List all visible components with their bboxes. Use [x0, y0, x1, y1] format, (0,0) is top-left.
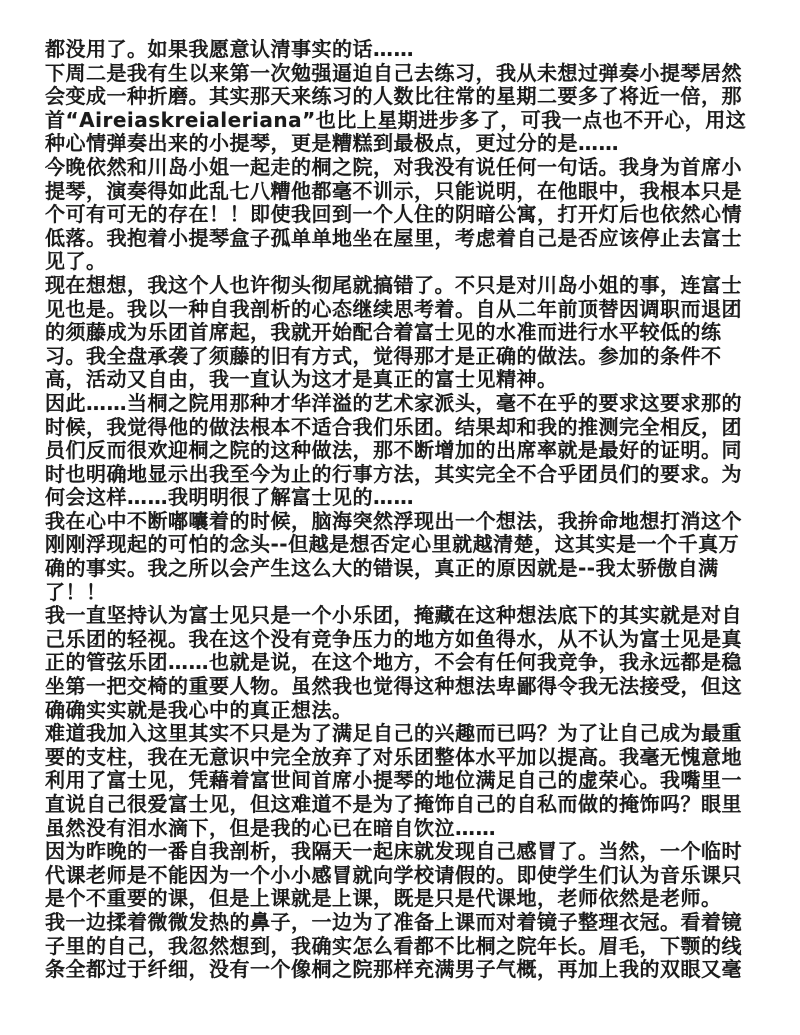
text-line: 要的支柱，我在无意识中完全放弃了对乐团整体水平加以提高。我毫无愧意地	[45, 746, 764, 770]
text-line: 正的管弦乐团……也就是说，在这个地方，不会有任何我竞争，我永远都是稳	[45, 651, 764, 675]
novel-text-page: 都没用了。如果我愿意认清事实的话……下周二是我有生以来第一次勉强逼迫自己去练习，…	[0, 0, 800, 1035]
text-line: 直说自己很爱富士见，但这难道不是为了掩饰自己的自私而做的掩饰吗？眼里	[45, 793, 764, 817]
text-line: 我在心中不断嘟囔着的时候，脑海突然浮现出一个想法，我拚命地想打消这个	[45, 510, 764, 534]
text-line: 因为昨晚的一番自我剖析，我隔天一起床就发现自己感冒了。当然，一个临时	[45, 840, 764, 864]
text-line: 现在想想，我这个人也许彻头彻尾就搞错了。不只是对川岛小姐的事，连富士	[45, 274, 764, 298]
text-line: 都没用了。如果我愿意认清事实的话……	[45, 38, 764, 62]
text-line: 员们反而很欢迎桐之院的这种做法，那不断增加的出席率就是最好的证明。同	[45, 439, 764, 463]
text-line: 何会这样……我明明很了解富士见的……	[45, 486, 764, 510]
text-line: 会变成一种折磨。其实那天来练习的人数比往常的星期二要多了将近一倍，那	[45, 85, 764, 109]
text-block: 都没用了。如果我愿意认清事实的话……下周二是我有生以来第一次勉强逼迫自己去练习，…	[45, 38, 764, 982]
text-line: 见了。	[45, 250, 764, 274]
text-line: 难道我加入这里其实不只是为了满足自己的兴趣而已吗？为了让自己成为最重	[45, 722, 764, 746]
text-line: 我一边揉着微微发热的鼻子，一边为了准备上课而对着镜子整理衣冠。看着镜	[45, 911, 764, 935]
text-line: 下周二是我有生以来第一次勉强逼迫自己去练习，我从未想过弹奏小提琴居然	[45, 62, 764, 86]
text-line: 我一直坚持认为富士见只是一个小乐团，掩藏在这种想法底下的其实就是对自	[45, 604, 764, 628]
text-line: 的须藤成为乐团首席起，我就开始配合着富士见的水准而进行水平较低的练	[45, 321, 764, 345]
text-line: 时也明确地显示出我至今为止的行事方法，其实完全不合乎团员们的要求。为	[45, 463, 764, 487]
text-line: 确确实实就是我心中的真正想法。	[45, 699, 764, 723]
text-line: 了！！	[45, 581, 764, 605]
text-line: 利用了富士见，凭藉着富世间首席小提琴的地位满足自己的虚荣心。我嘴里一	[45, 769, 764, 793]
text-line: 己乐团的轻视。我在这个没有竞争压力的地方如鱼得水，从不认为富士见是真	[45, 628, 764, 652]
text-line: 首“Aireiaskreialeriana”也比上星期进步多了，可我一点也不开心…	[45, 109, 764, 133]
text-line: 提琴，演奏得如此乱七八糟他都毫不训示，只能说明，在他眼中，我根本只是	[45, 180, 764, 204]
text-line: 种心情弹奏出来的小提琴，更是糟糕到最极点，更过分的是……	[45, 132, 764, 156]
text-line: 是个不重要的课，但是上课就是上课，既是只是代课地，老师依然是老师。	[45, 887, 764, 911]
text-line: 虽然没有泪水滴下，但是我的心已在暗自饮泣……	[45, 817, 764, 841]
text-line: 高，活动又自由，我一直认为这才是真正的富士见精神。	[45, 368, 764, 392]
text-line: 个可有可无的存在！！即使我回到一个人住的阴暗公寓，打开灯后也依然心情	[45, 203, 764, 227]
text-line: 习。我全盘承袭了须藤的旧有方式，觉得那才是正确的做法。参加的条件不	[45, 345, 764, 369]
text-line: 代课老师是不能因为一个小小感冒就向学校请假的。即使学生们认为音乐课只	[45, 864, 764, 888]
text-line: 确的事实。我之所以会产生这么大的错误，真正的原因就是--我太骄傲自满	[45, 557, 764, 581]
text-line: 条全都过于纤细，没有一个像桐之院那样充满男子气概，再加上我的双眼又毫	[45, 958, 764, 982]
text-line: 刚刚浮现起的可怕的念头--但越是想否定心里就越清楚，这其实是一个千真万	[45, 533, 764, 557]
text-line: 坐第一把交椅的重要人物。虽然我也觉得这种想法卑鄙得令我无法接受，但这	[45, 675, 764, 699]
text-line: 低落。我抱着小提琴盒子孤单单地坐在屋里，考虑着自己是否应该停止去富士	[45, 227, 764, 251]
text-line: 子里的自己，我忽然想到，我确实怎么看都不比桐之院年长。眉毛，下颚的线	[45, 935, 764, 959]
text-line: 因此……当桐之院用那种才华洋溢的艺术家派头，毫不在乎的要求这要求那的	[45, 392, 764, 416]
text-line: 时候，我觉得他的做法根本不适合我们乐团。结果却和我的推测完全相反，团	[45, 416, 764, 440]
text-line: 今晚依然和川岛小姐一起走的桐之院，对我没有说任何一句话。我身为首席小	[45, 156, 764, 180]
text-line: 见也是。我以一种自我剖析的心态继续思考着。自从二年前顶替因调职而退团	[45, 298, 764, 322]
